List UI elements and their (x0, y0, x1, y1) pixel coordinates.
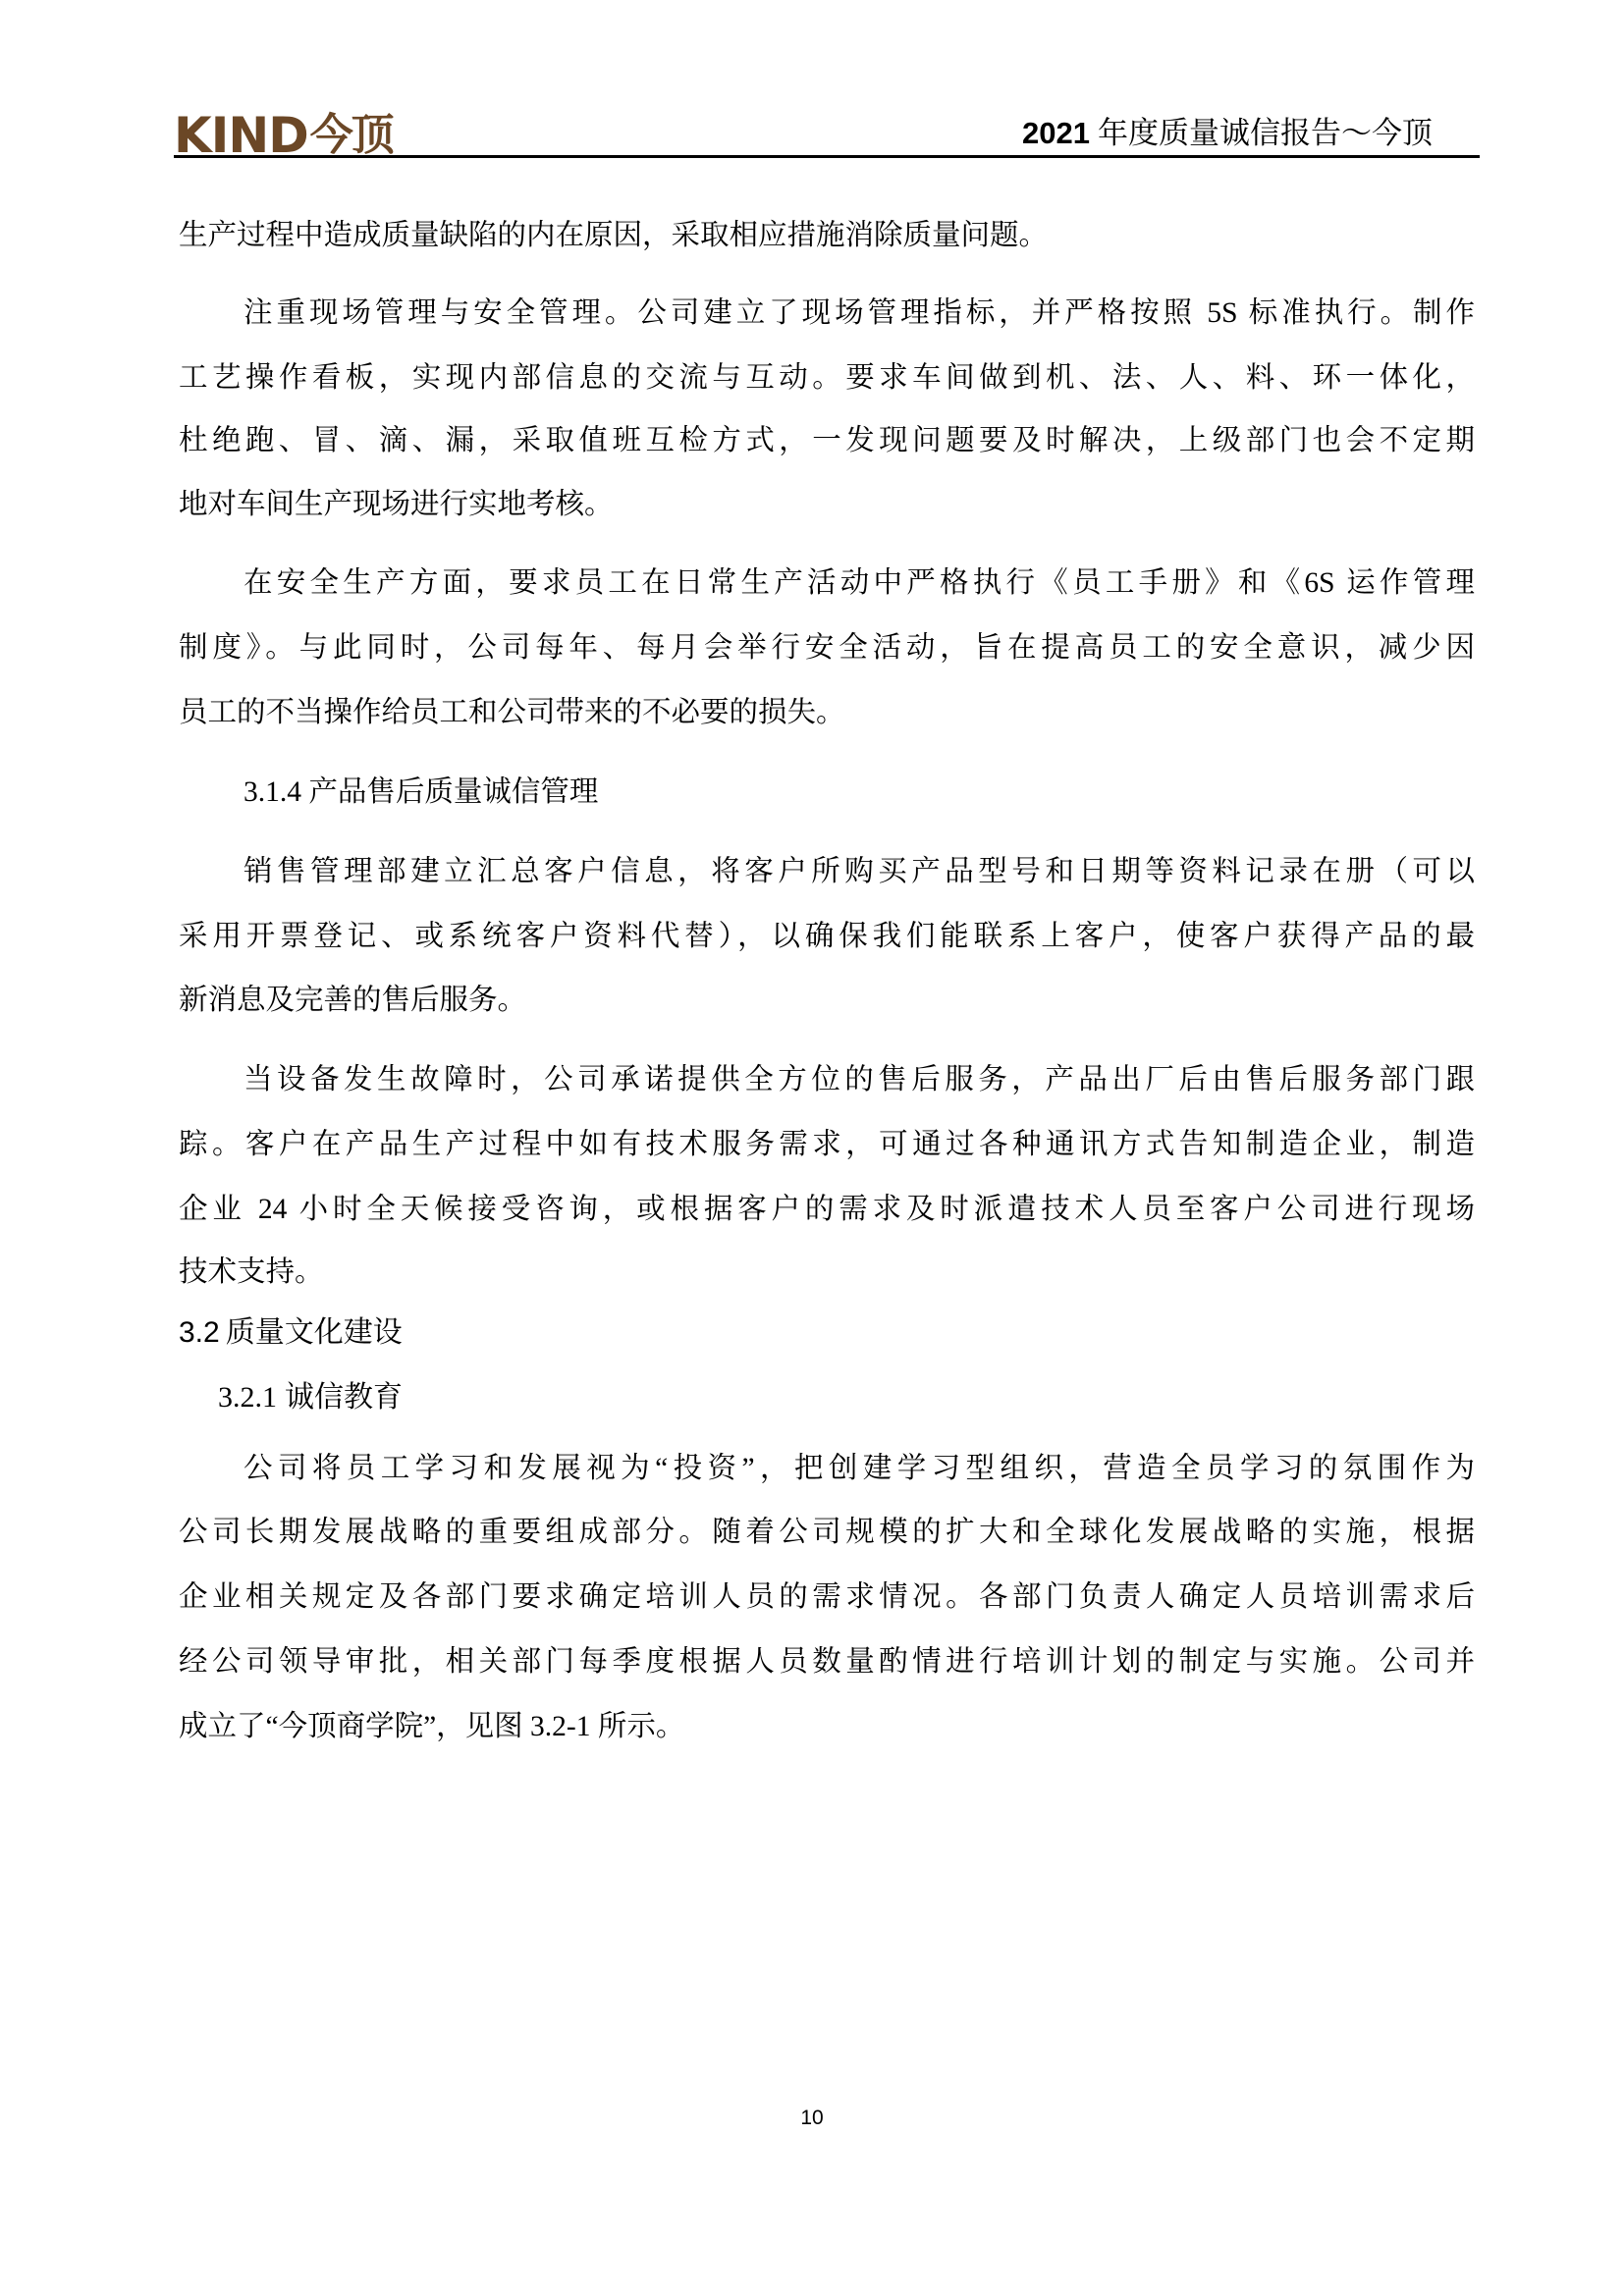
paragraph-line: 当设备发生故障时，公司承诺提供全方位的售后服务，产品出厂后由售后服务部门跟 (244, 1062, 1475, 1097)
report-year: 2021 (1022, 116, 1090, 150)
paragraph-line: 制度》。与此同时，公司每年、每月会举行安全活动，旨在提高员工的安全意识，减少因 (179, 630, 1475, 666)
section-heading-3-2: 3.2质量文化建设 (179, 1315, 403, 1351)
paragraph-line: 工艺操作看板，实现内部信息的交流与互动。要求车间做到机、法、人、料、环一体化， (179, 360, 1475, 396)
paragraph-line: 经公司领导审批，相关部门每季度根据人员数量酌情进行培训计划的制定与实施。公司并 (179, 1644, 1475, 1680)
paragraph-line: 技术支持。 (179, 1255, 1475, 1290)
paragraph-line: 杜绝跑、冒、滴、漏，采取值班互检方式，一发现问题要及时解决，上级部门也会不定期 (179, 423, 1475, 458)
logo-latin: KIND (174, 114, 308, 157)
paragraph-line: 生产过程中造成质量缺陷的内在原因，采取相应措施消除质量问题。 (179, 218, 1475, 253)
report-title-text: 年度质量诚信报告～今顶 (1098, 116, 1433, 150)
document-page: KIND今顶 2021年度质量诚信报告～今顶 生产过程中造成质量缺陷的内在原因，… (0, 0, 1624, 2296)
page-header: KIND今顶 2021年度质量诚信报告～今顶 (174, 110, 1480, 157)
section-title: 诚信教育 (285, 1381, 403, 1414)
subsection-heading-3-1-4: 3.1.4 产品售后质量诚信管理 (244, 774, 1475, 810)
paragraph-line: 公司长期发展战略的重要组成部分。随着公司规模的扩大和全球化发展战略的实施，根据 (179, 1515, 1475, 1550)
paragraph-line: 在安全生产方面，要求员工在日常生产活动中严格执行《员工手册》和《6S 运作管理 (244, 565, 1475, 601)
company-logo: KIND今顶 (174, 114, 393, 157)
logo-chinese: 今顶 (310, 114, 393, 157)
paragraph-line: 公司将员工学习和发展视为“投资”，把创建学习型组织，营造全员学习的氛围作为 (244, 1451, 1475, 1486)
paragraph-line: 成立了“今顶商学院”，见图 3.2-1 所示。 (179, 1709, 1475, 1744)
paragraph-line: 企业相关规定及各部门要求确定培训人员的需求情况。各部门负责人确定人员培训需求后 (179, 1579, 1475, 1615)
paragraph-line: 新消息及完善的售后服务。 (179, 983, 1475, 1018)
section-title: 质量文化建设 (226, 1316, 403, 1349)
paragraph-line: 地对车间生产现场进行实地考核。 (179, 487, 1475, 522)
section-number: 3.2.1 (218, 1381, 277, 1414)
paragraph-line: 注重现场管理与安全管理。公司建立了现场管理指标，并严格按照 5S 标准执行。制作 (244, 295, 1475, 331)
section-heading-3-2-1: 3.2.1诚信教育 (218, 1380, 403, 1415)
paragraph-line: 踪。客户在产品生产过程中如有技术服务需求，可通过各种通讯方式告知制造企业，制造 (179, 1127, 1475, 1162)
page-number: 10 (0, 2107, 1624, 2130)
paragraph-line: 采用开票登记、或系统客户资料代替），以确保我们能联系上客户，使客户获得产品的最 (179, 919, 1475, 954)
paragraph-line: 销售管理部建立汇总客户信息，将客户所购买产品型号和日期等资料记录在册（可以 (244, 854, 1475, 889)
paragraph-line: 企业 24 小时全天候接受咨询，或根据客户的需求及时派遣技术人员至客户公司进行现… (179, 1192, 1475, 1227)
report-title: 2021年度质量诚信报告～今顶 (1022, 116, 1433, 151)
section-number: 3.2 (179, 1316, 220, 1349)
header-divider (174, 155, 1480, 158)
paragraph-line: 员工的不当操作给员工和公司带来的不必要的损失。 (179, 695, 1475, 730)
